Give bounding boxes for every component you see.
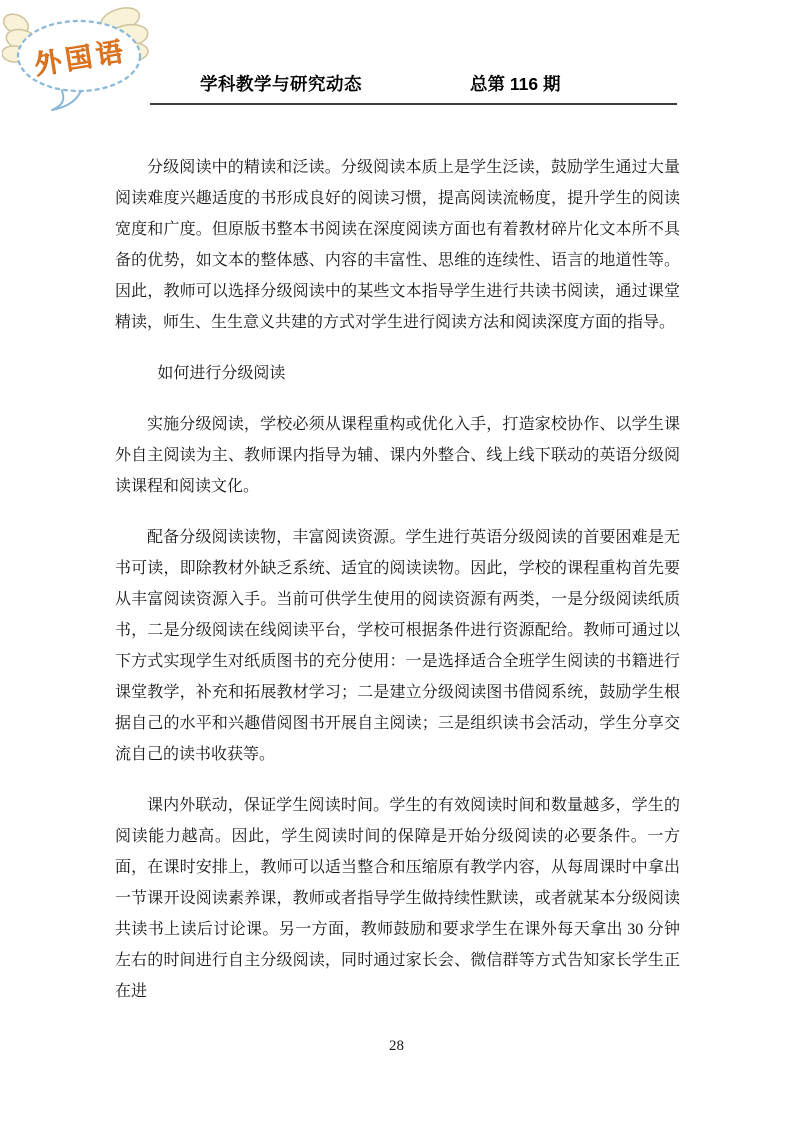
paragraph-implementation-overview: 实施分级阅读，学校必须从课程重构或优化入手，打造家校协作、以学生课外自主阅读为主… (115, 409, 680, 502)
journal-title: 学科教学与研究动态 (200, 71, 362, 96)
journal-logo: 外国语 (2, 2, 152, 114)
paragraph-graded-reading-intensive-extensive: 分级阅读中的精读和泛读。分级阅读本质上是学生泛读，鼓励学生通过大量阅读难度兴趣适… (115, 152, 680, 338)
page-number: 28 (0, 1038, 793, 1055)
issue-number: 总第 116 期 (470, 71, 560, 96)
paragraph-reading-time: 课内外联动，保证学生阅读时间。学生的有效阅读时间和数量越多，学生的阅读能力越高。… (115, 790, 680, 1007)
article-body: 分级阅读中的精读和泛读。分级阅读本质上是学生泛读，鼓励学生通过大量阅读难度兴趣适… (115, 152, 680, 1027)
section-heading-how-to-implement: 如何进行分级阅读 (115, 358, 680, 389)
document-page: 外国语 学科教学与研究动态 总第 116 期 分级阅读中的精读和泛读。分级阅读本… (0, 0, 793, 1122)
page-header: 学科教学与研究动态 总第 116 期 (150, 64, 677, 105)
paragraph-reading-resources: 配备分级阅读读物，丰富阅读资源。学生进行英语分级阅读的首要困难是无书可读，即除教… (115, 522, 680, 770)
